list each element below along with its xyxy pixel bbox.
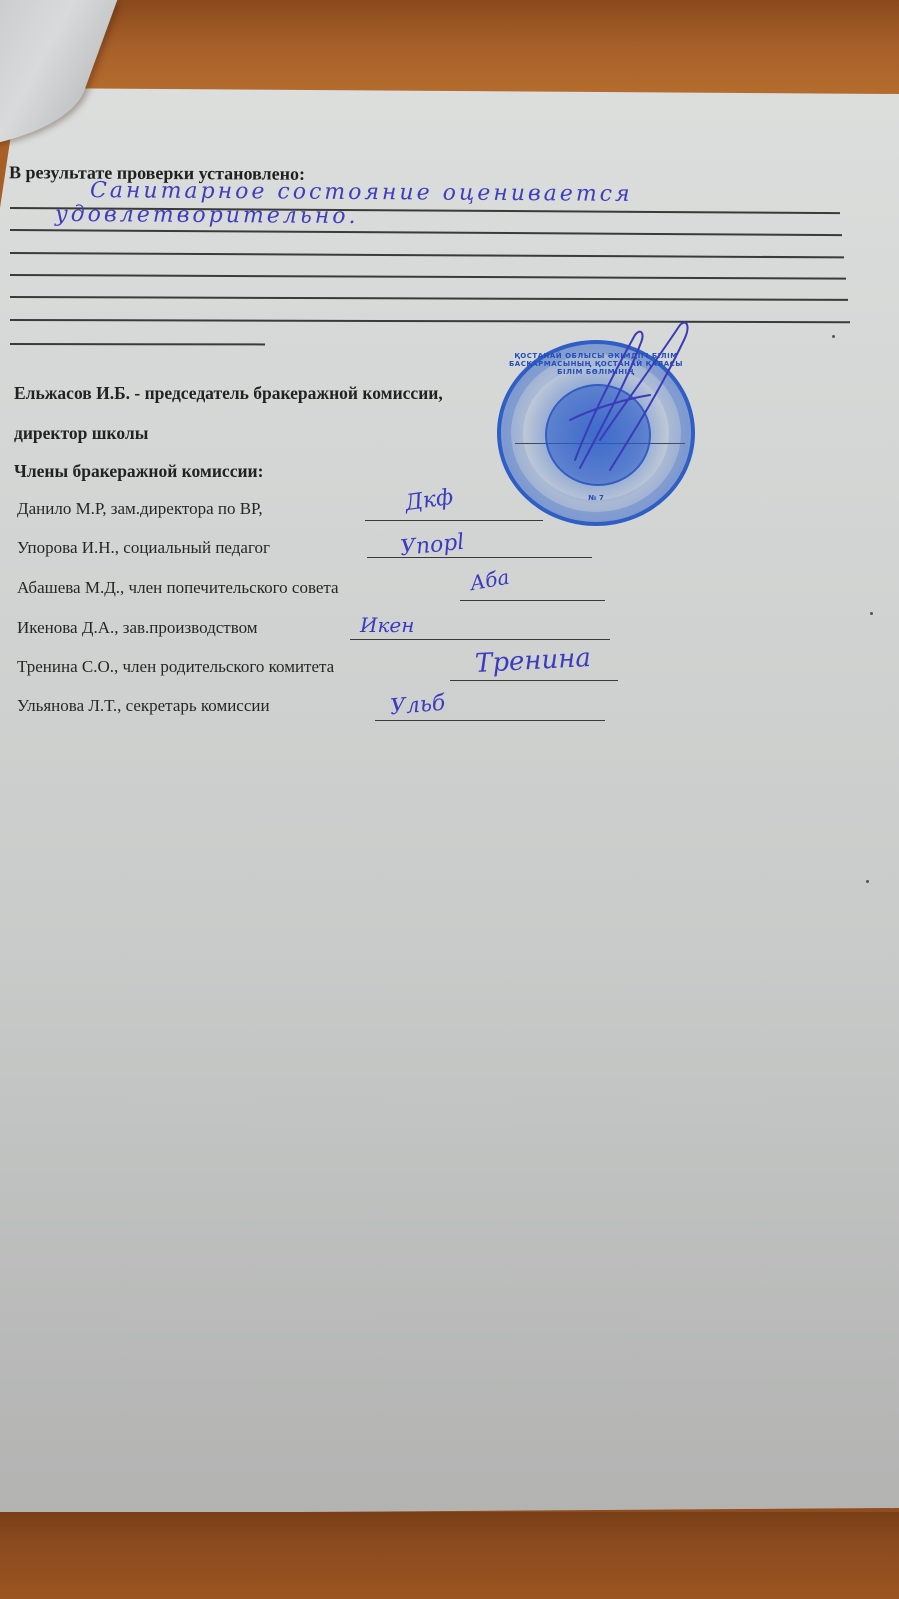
stamp-number: № 7 — [501, 494, 691, 502]
member-row: Упорова И.Н., социальный педагог — [17, 538, 270, 558]
members-heading: Члены бракеражной комиссии: — [14, 461, 263, 482]
ruled-line — [10, 296, 848, 300]
chair-signature-icon — [540, 320, 700, 480]
paper-speck — [870, 612, 873, 615]
chair-name-line: Ельжасов И.Б. - председатель бракеражной… — [14, 383, 443, 404]
member-signature-line — [460, 600, 605, 601]
member-signature-line — [350, 639, 610, 640]
member-signature: Дкф — [403, 485, 454, 516]
handwritten-finding-line-2: удовлетворительно. — [55, 202, 359, 229]
member-row: Икенова Д.А., зав.производством — [17, 618, 258, 638]
member-row: Ульянова Л.Т., секретарь комиссии — [17, 696, 270, 716]
ruled-line — [10, 274, 846, 279]
member-signature: Икен — [360, 613, 414, 637]
ruled-line — [10, 319, 850, 323]
document-content: В результате проверки установлено: Санит… — [0, 0, 899, 1599]
member-row: Данило М.Р, зам.директора по ВР, — [17, 499, 263, 519]
paper-speck — [866, 880, 869, 883]
member-signature: Тренина — [474, 643, 591, 679]
member-signature: Аба — [468, 565, 511, 595]
member-signature-line — [365, 520, 543, 521]
ruled-line — [10, 229, 842, 236]
paper-speck — [832, 335, 835, 338]
chair-title-line: директор школы — [14, 423, 148, 444]
member-signature-line — [450, 680, 618, 681]
member-row: Тренина С.О., член родительского комитет… — [17, 657, 334, 677]
ruled-line — [10, 252, 844, 258]
member-row: Абашева М.Д., член попечительского совет… — [17, 578, 339, 598]
member-signature-line — [375, 720, 605, 721]
member-signature: Ульб — [389, 691, 446, 721]
ruled-line-short — [10, 343, 265, 345]
